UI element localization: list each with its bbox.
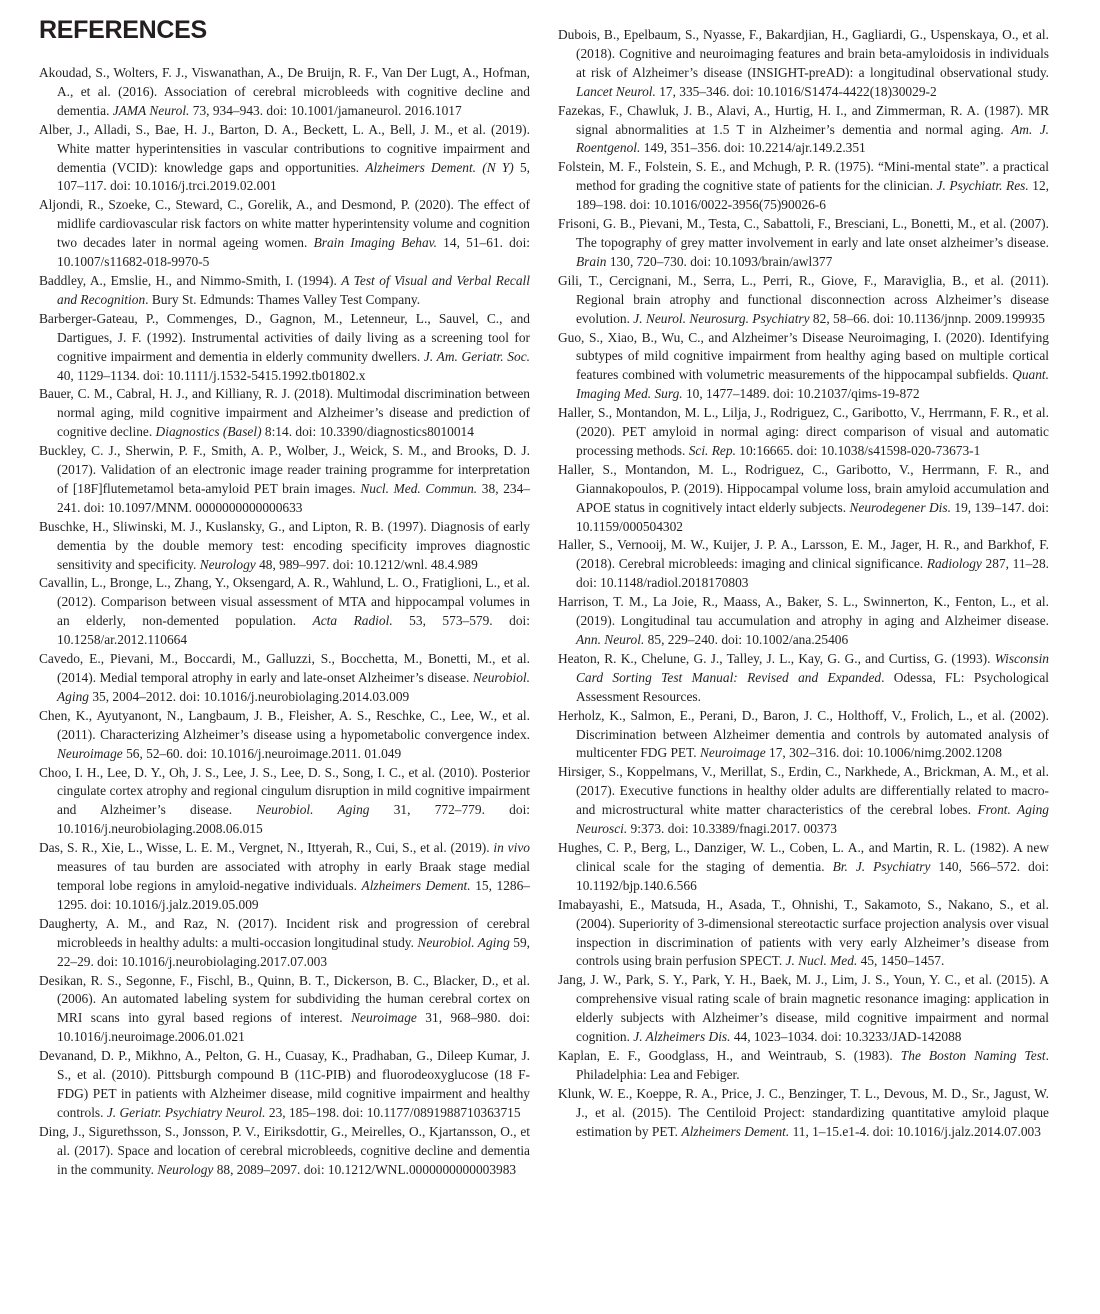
reference-entry: Ding, J., Sigurethsson, S., Jonsson, P. … — [39, 1123, 530, 1180]
reference-journal-title: Diagnostics (Basel) — [156, 424, 262, 439]
reference-entry: Dubois, B., Epelbaum, S., Nyasse, F., Ba… — [558, 26, 1049, 102]
reference-journal-title: Neuroimage — [57, 746, 123, 761]
reference-journal-title: Alzheimers Dement. — [681, 1124, 789, 1139]
reference-entry: Baddley, A., Emslie, H., and Nimmo-Smith… — [39, 272, 530, 310]
references-column-right: Dubois, B., Epelbaum, S., Nyasse, F., Ba… — [558, 26, 1049, 1141]
reference-text: 82, 58–66. doi: 10.1136/jnnp. 2009.19993… — [810, 311, 1045, 326]
reference-text: 35, 2004–2012. doi: 10.1016/j.neurobiola… — [89, 689, 409, 704]
reference-text: Fazekas, F., Chawluk, J. B., Alavi, A., … — [558, 103, 1049, 137]
reference-text: Cavedo, E., Pievani, M., Boccardi, M., G… — [39, 651, 530, 685]
reference-entry: Guo, S., Xiao, B., Wu, C., and Alzheimer… — [558, 329, 1049, 405]
reference-entry: Haller, S., Montandon, M. L., Rodriguez,… — [558, 461, 1049, 537]
references-column-left: Akoudad, S., Wolters, F. J., Viswanathan… — [39, 64, 530, 1179]
reference-text: 11, 1–15.e1-4. doi: 10.1016/j.jalz.2014.… — [789, 1124, 1041, 1139]
reference-journal-title: Sci. Rep. — [689, 443, 736, 458]
reference-entry: Das, S. R., Xie, L., Wisse, L. E. M., Ve… — [39, 839, 530, 915]
reference-text: 9:373. doi: 10.3389/fnagi.2017. 00373 — [627, 821, 837, 836]
reference-journal-title: Nucl. Med. Commun. — [360, 481, 477, 496]
reference-text: 40, 1129–1134. doi: 10.1111/j.1532-5415.… — [57, 368, 365, 383]
reference-journal-title: J. Nucl. Med. — [786, 953, 858, 968]
reference-text: Heaton, R. K., Chelune, G. J., Talley, J… — [558, 651, 995, 666]
reference-journal-title: J. Geriatr. Psychiatry Neurol. — [107, 1105, 266, 1120]
reference-text: Frisoni, G. B., Pievani, M., Testa, C., … — [558, 216, 1049, 250]
reference-text: Kaplan, E. F., Goodglass, H., and Weintr… — [558, 1048, 901, 1063]
reference-journal-title: Neuroimage — [351, 1010, 417, 1025]
reference-text: 10, 1477–1489. doi: 10.21037/qims-19-872 — [683, 386, 920, 401]
reference-entry: Devanand, D. P., Mikhno, A., Pelton, G. … — [39, 1047, 530, 1123]
reference-entry: Choo, I. H., Lee, D. Y., Oh, J. S., Lee,… — [39, 764, 530, 840]
reference-journal-title: in vivo — [493, 840, 530, 855]
reference-entry: Buschke, H., Sliwinski, M. J., Kuslansky… — [39, 518, 530, 575]
reference-journal-title: J. Neurol. Neurosurg. Psychiatry — [633, 311, 809, 326]
reference-journal-title: Brain — [576, 254, 607, 269]
reference-text: Dubois, B., Epelbaum, S., Nyasse, F., Ba… — [558, 27, 1049, 80]
reference-text: Hirsiger, S., Koppelmans, V., Merillat, … — [558, 764, 1049, 817]
reference-text: 48, 989–997. doi: 10.1212/wnl. 48.4.989 — [256, 557, 478, 572]
reference-journal-title: J. Alzheimers Dis. — [633, 1029, 730, 1044]
reference-entry: Alber, J., Alladi, S., Bae, H. J., Barto… — [39, 121, 530, 197]
reference-text: 73, 934–943. doi: 10.1001/jamaneurol. 20… — [189, 103, 461, 118]
reference-entry: Barberger-Gateau, P., Commenges, D., Gag… — [39, 310, 530, 386]
reference-text: 56, 52–60. doi: 10.1016/j.neuroimage.201… — [123, 746, 401, 761]
reference-entry: Haller, S., Vernooij, M. W., Kuijer, J. … — [558, 536, 1049, 593]
reference-text: Das, S. R., Xie, L., Wisse, L. E. M., Ve… — [39, 840, 493, 855]
reference-entry: Herholz, K., Salmon, E., Perani, D., Bar… — [558, 707, 1049, 764]
reference-journal-title: Neurology — [157, 1162, 213, 1177]
section-heading-references: REFERENCES — [39, 16, 207, 45]
reference-journal-title: Brain Imaging Behav. — [314, 235, 437, 250]
reference-journal-title: Radiology — [927, 556, 982, 571]
reference-text: 23, 185–198. doi: 10.1177/08919887103637… — [266, 1105, 521, 1120]
reference-journal-title: Ann. Neurol. — [576, 632, 644, 647]
reference-entry: Fazekas, F., Chawluk, J. B., Alavi, A., … — [558, 102, 1049, 159]
reference-entry: Imabayashi, E., Matsuda, H., Asada, T., … — [558, 896, 1049, 972]
reference-journal-title: Neurology — [200, 557, 256, 572]
reference-text: 17, 302–316. doi: 10.1006/nimg.2002.1208 — [766, 745, 1002, 760]
reference-text: 88, 2089–2097. doi: 10.1212/WNL.00000000… — [213, 1162, 516, 1177]
reference-journal-title: J. Psychiatr. Res. — [937, 178, 1029, 193]
reference-entry: Folstein, M. F., Folstein, S. E., and Mc… — [558, 158, 1049, 215]
reference-entry: Akoudad, S., Wolters, F. J., Viswanathan… — [39, 64, 530, 121]
reference-text: Harrison, T. M., La Joie, R., Maass, A.,… — [558, 594, 1049, 628]
reference-entry: Klunk, W. E., Koeppe, R. A., Price, J. C… — [558, 1085, 1049, 1142]
reference-entry: Daugherty, A. M., and Raz, N. (2017). In… — [39, 915, 530, 972]
reference-entry: Cavedo, E., Pievani, M., Boccardi, M., G… — [39, 650, 530, 707]
reference-entry: Buckley, C. J., Sherwin, P. F., Smith, A… — [39, 442, 530, 518]
reference-journal-title: Lancet Neurol. — [576, 84, 656, 99]
reference-journal-title: Alzheimers Dement. (N Y) — [365, 160, 513, 175]
reference-text: 85, 229–240. doi: 10.1002/ana.25406 — [644, 632, 848, 647]
reference-journal-title: Neurobiol. Aging — [417, 935, 509, 950]
reference-text: 10:16665. doi: 10.1038/s41598-020-73673-… — [736, 443, 980, 458]
reference-text: 130, 720–730. doi: 10.1093/brain/awl377 — [607, 254, 833, 269]
reference-text: . Bury St. Edmunds: Thames Valley Test C… — [145, 292, 420, 307]
reference-entry: Harrison, T. M., La Joie, R., Maass, A.,… — [558, 593, 1049, 650]
reference-entry: Desikan, R. S., Segonne, F., Fischl, B.,… — [39, 972, 530, 1048]
reference-journal-title: Neurobiol. Aging — [256, 802, 369, 817]
reference-journal-title: Alzheimers Dement. — [362, 878, 471, 893]
reference-journal-title: Neurodegener Dis. — [849, 500, 950, 515]
reference-entry: Hughes, C. P., Berg, L., Danziger, W. L.… — [558, 839, 1049, 896]
reference-text: 8:14. doi: 10.3390/diagnostics8010014 — [262, 424, 474, 439]
reference-entry: Cavallin, L., Bronge, L., Zhang, Y., Oks… — [39, 574, 530, 650]
reference-journal-title: The Boston Naming Test — [901, 1048, 1046, 1063]
reference-text: Guo, S., Xiao, B., Wu, C., and Alzheimer… — [558, 330, 1049, 383]
reference-entry: Aljondi, R., Szoeke, C., Steward, C., Go… — [39, 196, 530, 272]
reference-text: 44, 1023–1034. doi: 10.3233/JAD-142088 — [730, 1029, 961, 1044]
reference-journal-title: Br. J. Psychiatry — [833, 859, 931, 874]
reference-entry: Heaton, R. K., Chelune, G. J., Talley, J… — [558, 650, 1049, 707]
reference-journal-title: JAMA Neurol. — [113, 103, 190, 118]
reference-journal-title: Acta Radiol. — [313, 613, 393, 628]
reference-text: Chen, K., Ayutyanont, N., Langbaum, J. B… — [39, 708, 530, 742]
reference-entry: Hirsiger, S., Koppelmans, V., Merillat, … — [558, 763, 1049, 839]
reference-text: 17, 335–346. doi: 10.1016/S1474-4422(18)… — [656, 84, 937, 99]
reference-text: 149, 351–356. doi: 10.2214/ajr.149.2.351 — [640, 140, 865, 155]
reference-journal-title: J. Am. Geriatr. Soc. — [424, 349, 530, 364]
reference-text: Baddley, A., Emslie, H., and Nimmo-Smith… — [39, 273, 341, 288]
reference-entry: Gili, T., Cercignani, M., Serra, L., Per… — [558, 272, 1049, 329]
reference-entry: Chen, K., Ayutyanont, N., Langbaum, J. B… — [39, 707, 530, 764]
reference-text: 45, 1450–1457. — [857, 953, 944, 968]
reference-entry: Jang, J. W., Park, S. Y., Park, Y. H., B… — [558, 971, 1049, 1047]
reference-entry: Frisoni, G. B., Pievani, M., Testa, C., … — [558, 215, 1049, 272]
reference-entry: Haller, S., Montandon, M. L., Lilja, J.,… — [558, 404, 1049, 461]
reference-entry: Kaplan, E. F., Goodglass, H., and Weintr… — [558, 1047, 1049, 1085]
reference-journal-title: Neuroimage — [700, 745, 766, 760]
reference-entry: Bauer, C. M., Cabral, H. J., and Killian… — [39, 385, 530, 442]
